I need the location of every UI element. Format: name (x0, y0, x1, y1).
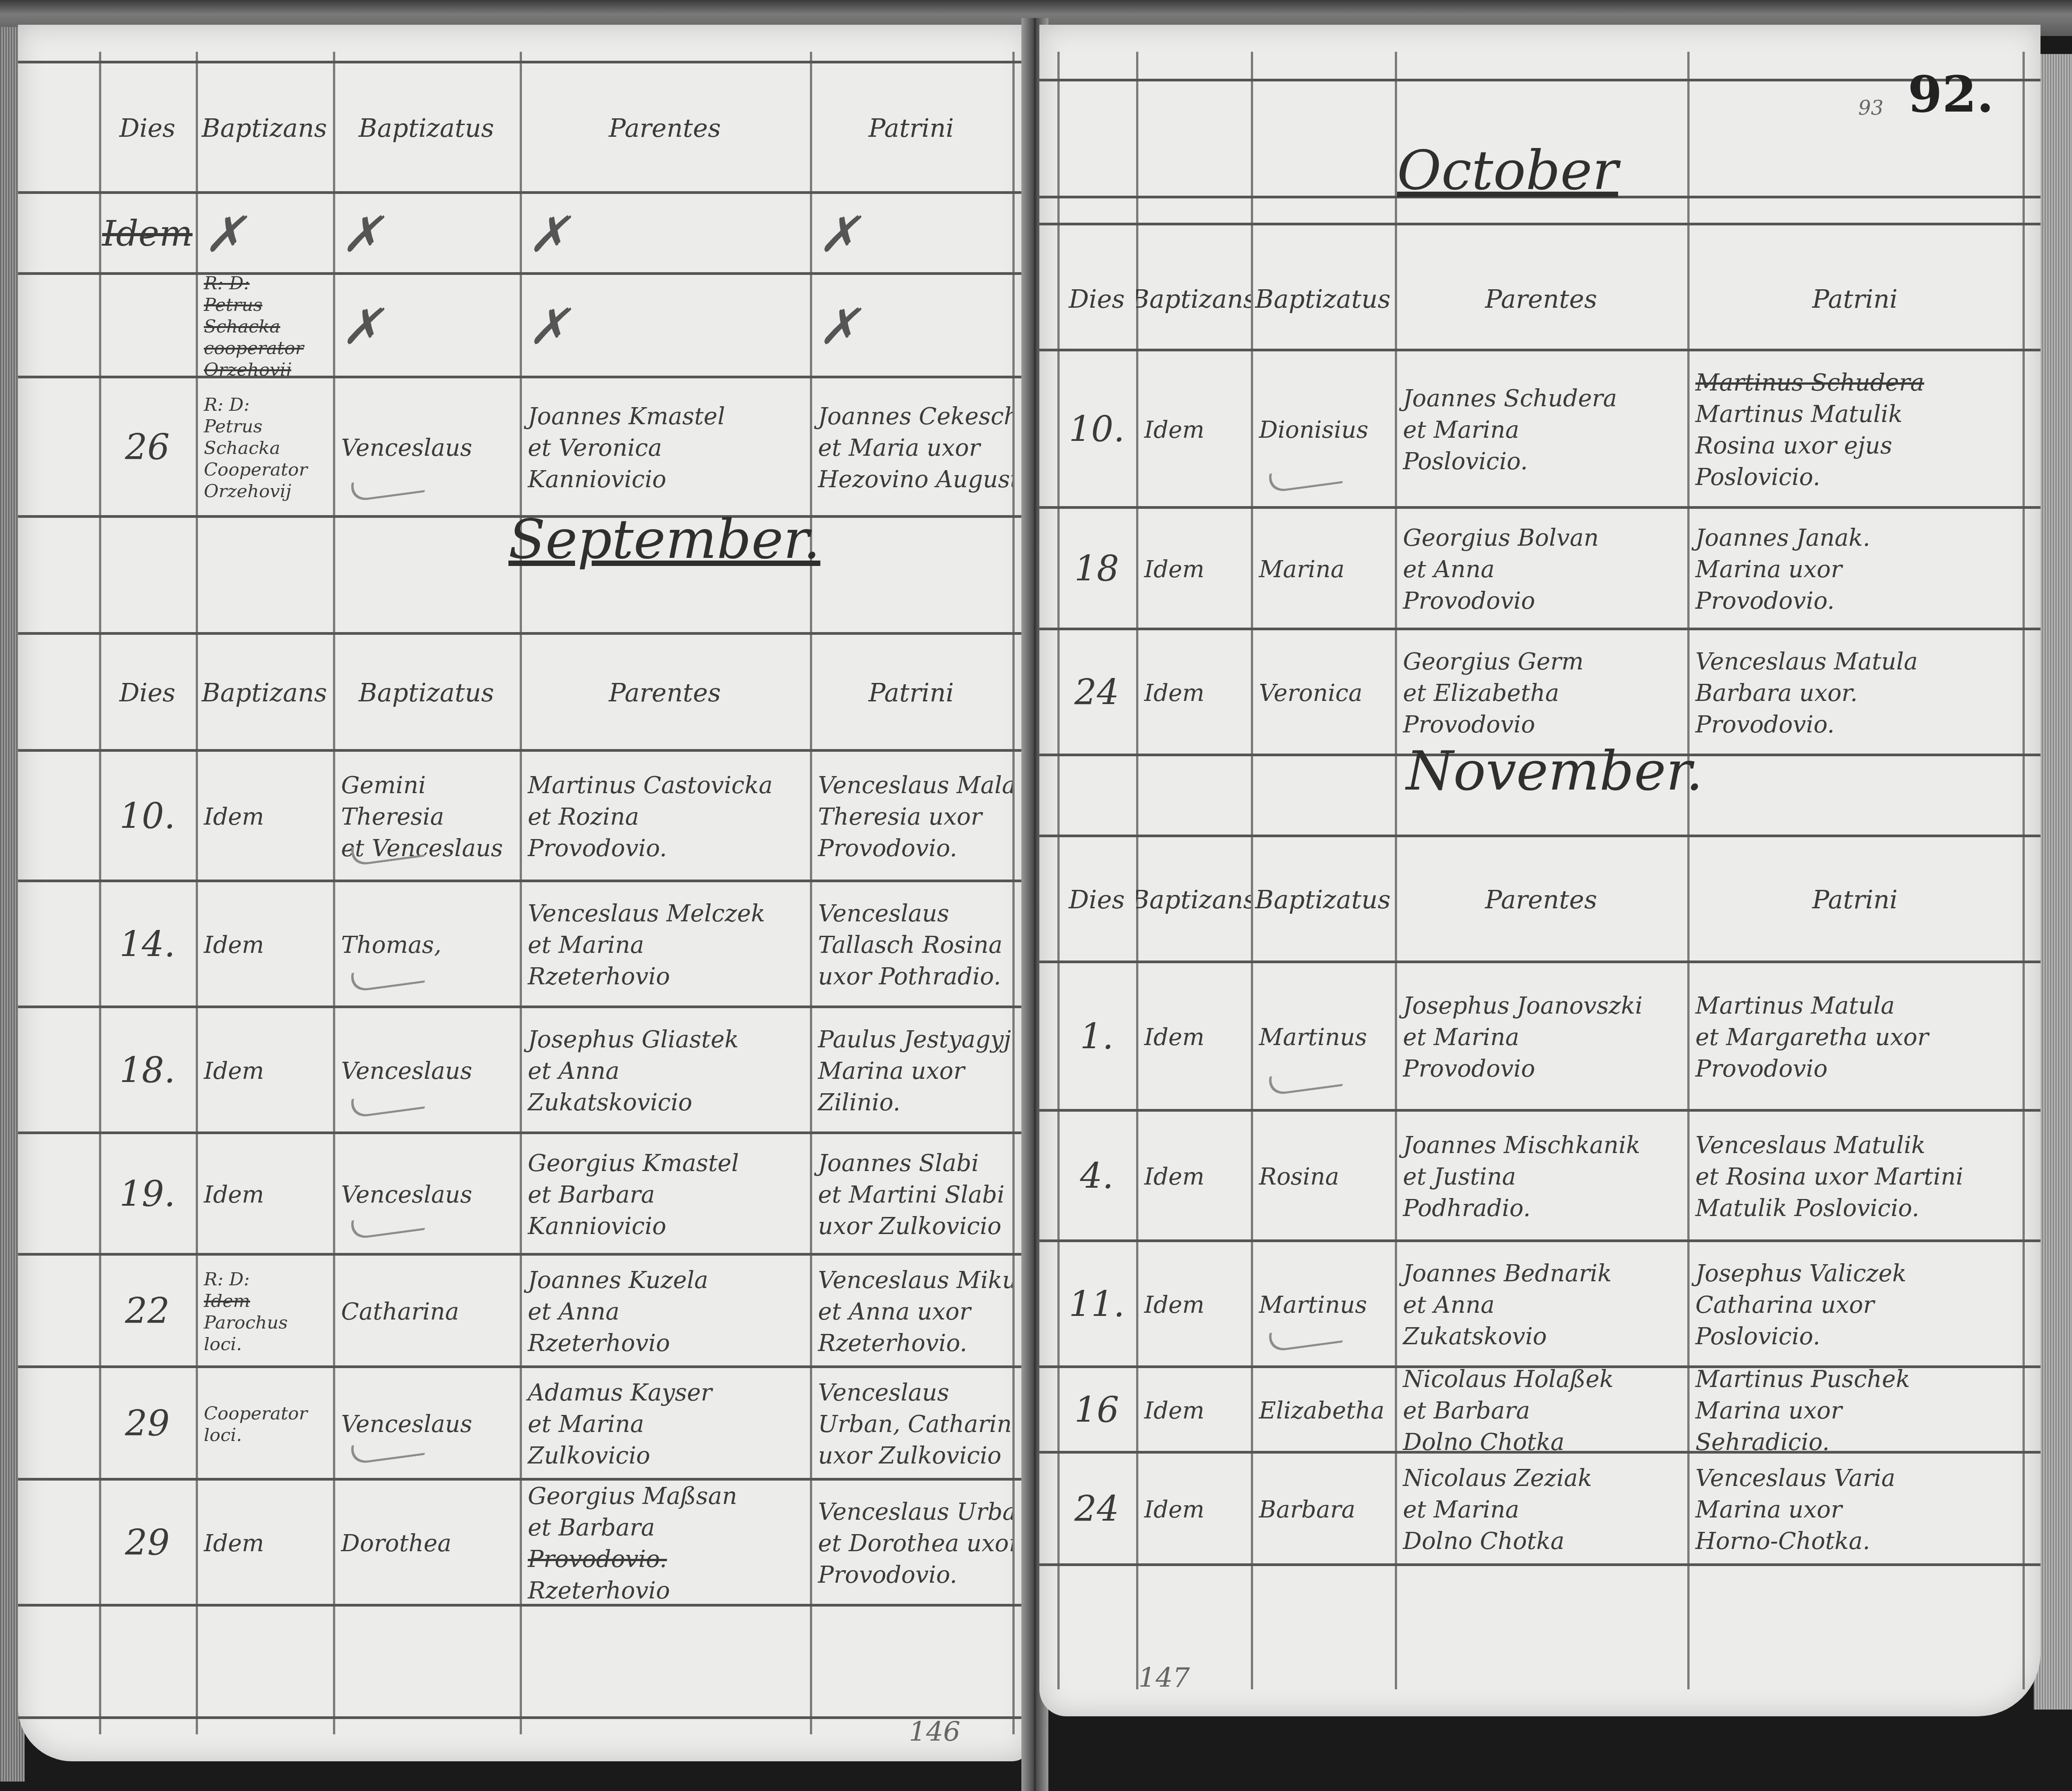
cell-baptizans: Idem (1136, 1368, 1251, 1454)
parentes-line: et Anna (528, 1296, 802, 1328)
cell-baptizatus: Dorothea (333, 1481, 520, 1607)
patrini-line: et Rosina uxor Martini (1695, 1161, 2014, 1193)
cell-baptizatus: Elizabetha (1251, 1368, 1395, 1454)
cell-patrini: Joannes Cekeschet Maria uxorHezovino Aug… (810, 378, 1012, 518)
parentes-line: Joannes Kuzela (528, 1265, 802, 1296)
parentes-line: Rzeterhovio (528, 1328, 802, 1359)
day-text: 24 (1074, 1486, 1119, 1533)
patrini-line: Zilinio. (818, 1087, 1004, 1118)
cell-parentes: Venceslaus Melczeket MarinaRzeterhovio (520, 882, 810, 1008)
cell-baptizatus: Marina (1251, 509, 1395, 630)
parentes-text: ✗ (528, 201, 802, 268)
entry-row: 29Cooperatorloci.VenceslausAdamus Kayser… (18, 1365, 1030, 1481)
baptizatus-text: Thomas, (341, 929, 512, 961)
parentes-line: et Marina (528, 1409, 802, 1440)
patrini-line: Martinus Matula (1695, 990, 2014, 1022)
patrini-line: Urban, Catharina (818, 1409, 1004, 1440)
patrini-line: et Dorothea uxor (818, 1528, 1004, 1559)
patrini-line: Martinus Schudera (1695, 367, 2014, 399)
patrini-line: Venceslaus Urbanus (818, 1496, 1004, 1528)
cell-patrini: Venceslaus Urbanuset Dorothea uxorProvod… (810, 1481, 1012, 1607)
parentes-line: et Marina (528, 929, 802, 961)
day-text: 18 (1074, 546, 1119, 593)
cell-patrini: Venceslaus MatulaBarbara uxor.Provodovio… (1687, 630, 2023, 756)
baptizans-text: Idem (204, 1055, 325, 1087)
cell-patrini: VenceslausTallasch Rosinauxor Pothradio. (810, 882, 1012, 1008)
baptizans-text: Idem (204, 929, 325, 961)
cell-day: 29 (99, 1481, 196, 1607)
baptizatus-text: Venceslaus (341, 1179, 512, 1211)
header-parentes: Parentes (520, 63, 810, 194)
parentes-line: et Anna (1403, 554, 1679, 585)
baptizans-text: Idem (1144, 1494, 1243, 1526)
baptizans-line: Schacka (204, 316, 325, 337)
baptizans-line: loci. (204, 1333, 325, 1355)
baptizatus-text: Veronica (1259, 678, 1387, 709)
entry-row: 11.IdemMartinusJoannes Bednariket AnnaZu… (1039, 1239, 2041, 1368)
parentes-line: et Anna (528, 1055, 802, 1087)
parentes-line: Nicolaus Holaßek (1403, 1368, 1679, 1395)
day-text: 1. (1080, 1014, 1113, 1061)
parentes-line: Venceslaus Melczek (528, 898, 802, 929)
entry-row: 22R: D:IdemParochusloci.CatharinaJoannes… (18, 1253, 1030, 1368)
patrini-line: Rosina uxor ejus (1695, 430, 2014, 462)
parentes-line: Georgius Kmastel (528, 1148, 802, 1179)
day-text: Idem (102, 211, 193, 258)
cell-parentes: ✗ (520, 275, 810, 378)
cell-day: 22 (99, 1256, 196, 1368)
baptizatus-text: ✗ (341, 201, 512, 268)
cell-parentes: Georgius Bolvanet AnnaProvodovio (1395, 509, 1687, 630)
day-text: 11. (1069, 1281, 1124, 1329)
header-row-november: DiesBaptizansBaptizatusParentesPatrini (1039, 835, 2041, 963)
cell-baptizans: Idem (1136, 509, 1251, 630)
cell-day: 18. (99, 1008, 196, 1134)
cell-parentes: Joannes Kmastelet VeronicaKanniovicio (520, 378, 810, 518)
bottom-page-number-left: 146 (909, 1716, 961, 1748)
cell-baptizans: Idem (1136, 1454, 1251, 1566)
parentes-line: Joannes Schudera (1403, 383, 1679, 414)
cell-patrini: Josephus ValiczekCatharina uxorPoslovici… (1687, 1242, 2023, 1368)
patrini-line: Marina uxor (818, 1055, 1004, 1087)
entry-row: 29IdemDorotheaGeorgius Maßsanet BarbaraP… (18, 1478, 1030, 1607)
parentes-line: Zukatskovicio (528, 1087, 802, 1118)
cell-day: 18 (1057, 509, 1136, 630)
parentes-line: Kanniovicio (528, 464, 802, 495)
cell-baptizans: R: D:PetrusSchackacooperatorOrzehovij (196, 275, 333, 378)
cell-day: 1. (1057, 963, 1136, 1112)
cell-day: 16 (1057, 1368, 1136, 1454)
header-patrini: Patrini (810, 635, 1012, 752)
patrini-line: Venceslaus Mikula (818, 1265, 1004, 1296)
parentes-line: Dolno Chotka (1403, 1427, 1679, 1454)
entry-row: 26R: D:PetrusSchackaCooperatorOrzehovijV… (18, 376, 1030, 518)
parentes-line: et Justina (1403, 1161, 1679, 1193)
parentes-line: Martinus Castovicka (528, 770, 802, 801)
cell-baptizans: R: D:IdemParochusloci. (196, 1256, 333, 1368)
cell-day: 10. (1057, 351, 1136, 509)
patrini-line: Venceslaus (818, 898, 1004, 929)
parentes-line: Joannes Mischkanik (1403, 1130, 1679, 1161)
patrini-line: uxor Pothradio. (818, 961, 1004, 992)
patrini-line: Catharina uxor (1695, 1289, 2014, 1321)
cell-patrini: Joannes Slabiet Martini Slabiuxor Zulkov… (810, 1134, 1012, 1256)
baptizans-text: Idem (1144, 414, 1243, 446)
cell-patrini: Venceslaus MalamikTheresia uxorProvodovi… (810, 752, 1012, 882)
parentes-line: Josephus Gliastek (528, 1024, 802, 1055)
folio-number: 92. (1908, 65, 1994, 123)
month-heading-october: October (1397, 139, 1618, 202)
patrini-line: Tallasch Rosina (818, 929, 1004, 961)
cell-baptizans: Cooperatorloci. (196, 1368, 333, 1481)
patrini-line: Sehradicio. (1695, 1427, 2014, 1454)
cell-day: 10. (99, 752, 196, 882)
baptizatus-text: ✗ (341, 293, 512, 360)
parentes-line: Josephus Joanovszki (1403, 990, 1679, 1022)
parentes-line: et Rozina (528, 801, 802, 833)
baptizans-text: ✗ (204, 201, 325, 268)
cell-baptizatus: Barbara (1251, 1454, 1395, 1566)
day-text: 19. (119, 1171, 175, 1218)
cell-parentes: ✗ (520, 194, 810, 275)
parentes-line: Rzeterhovio (528, 961, 802, 992)
day-text: 22 (125, 1288, 170, 1335)
baptizans-line: loci. (204, 1424, 325, 1446)
cell-parentes: Josephus Joanovszkiet MarinaProvodovio (1395, 963, 1687, 1112)
cell-baptizans: Idem (196, 752, 333, 882)
month-heading-november: November. (1406, 740, 1703, 803)
day-text: 29 (125, 1520, 170, 1567)
patrini-line: Venceslaus (818, 1377, 1004, 1409)
patrini-line: Provodovio. (1695, 709, 2014, 741)
parentes-line: Zulkovicio (528, 1440, 802, 1472)
patrini-line: et Margaretha uxor (1695, 1022, 2014, 1053)
baptizans-text: Idem (1144, 1289, 1243, 1321)
baptizatus-line: Gemini (341, 770, 512, 801)
baptizans-text: Idem (1144, 1022, 1243, 1053)
cell-parentes: Joannes Schuderaet MarinaPoslovicio. (1395, 351, 1687, 509)
cell-patrini: Venceslaus Matuliket Rosina uxor Martini… (1687, 1112, 2023, 1242)
parentes-line: Provodovio (1403, 585, 1679, 617)
parentes-line: Georgius Germ (1403, 646, 1679, 678)
cell-baptizans: Idem (1136, 963, 1251, 1112)
baptizans-line: R: D: (204, 394, 325, 416)
parentes-line: et Marina (1403, 1494, 1679, 1526)
header-day: Dies (99, 63, 196, 194)
parentes-line: Zukatskovio (1403, 1321, 1679, 1352)
patrini-line: Provodovio (1695, 1053, 2014, 1085)
cell-baptizans: Idem (196, 1008, 333, 1134)
patrini-line: Venceslaus Matula (1695, 646, 2014, 678)
baptizans-line: Parochus (204, 1312, 325, 1333)
cell-baptizatus: Venceslaus (333, 1368, 520, 1481)
patrini-line: Horno-Chotka. (1695, 1526, 2014, 1557)
parentes-line: Adamus Kayser (528, 1377, 802, 1409)
baptizatus-text: Elizabetha (1259, 1395, 1387, 1427)
cell-patrini: VenceslausUrban, Catharinauxor Zulkovici… (810, 1368, 1012, 1481)
cell-day: 11. (1057, 1242, 1136, 1368)
cell-baptizans: Idem (196, 882, 333, 1008)
baptizatus-text: Martinus (1259, 1289, 1387, 1321)
baptizans-line: Cooperator (204, 459, 325, 480)
baptizans-line: Petrus (204, 416, 325, 437)
cell-patrini: Martinus PuschekMarina uxorSehradicio. (1687, 1368, 2023, 1454)
parentes-line: et Elizabetha (1403, 678, 1679, 709)
baptizatus-text: Catharina (341, 1296, 512, 1328)
patrini-line: Martinus Matulik (1695, 399, 2014, 430)
baptizans-text: Idem (1144, 678, 1243, 709)
baptizans-text: Idem (1144, 554, 1243, 585)
right-page: DiesBaptizansBaptizatusParentesPatrini10… (1039, 25, 2041, 1716)
cell-parentes: Martinus Castovickaet RozinaProvodovio. (520, 752, 810, 882)
patrini-line: Provodovio. (818, 833, 1004, 864)
blank-row (18, 1604, 1030, 1719)
cell-patrini: Paulus JestyagyjMarina uxorZilinio. (810, 1008, 1012, 1134)
header-patrini: Patrini (810, 63, 1012, 194)
baptizans-line: R: D: (204, 1269, 325, 1290)
entry-row: 19.IdemVenceslausGeorgius Kmastelet Barb… (18, 1131, 1030, 1256)
cell-baptizans: Idem (1136, 351, 1251, 509)
header-day: Dies (99, 635, 196, 752)
cell-parentes: Joannes Kuzelaet AnnaRzeterhovio (520, 1256, 810, 1368)
header-row: DiesBaptizansBaptizatusParentesPatrini (18, 61, 1030, 194)
day-text: 24 (1074, 669, 1119, 717)
left-page-grid: DiesBaptizansBaptizatusParentesPatriniId… (18, 25, 1030, 1761)
cell-day: 24 (1057, 630, 1136, 756)
baptizans-line: Orzehovij (204, 480, 325, 502)
header-parentes: Parentes (520, 635, 810, 752)
patrini-line: Poslovicio. (1695, 462, 2014, 493)
cell-baptizatus: Catharina (333, 1256, 520, 1368)
baptizatus-text: Barbara (1259, 1494, 1387, 1526)
cell-patrini: ✗ (810, 275, 1012, 378)
entry-row: 1.IdemMartinusJosephus Joanovszkiet Mari… (1039, 961, 2041, 1112)
parentes-line: Provodovio (1403, 709, 1679, 741)
parentes-line: Dolno Chotka (1403, 1526, 1679, 1557)
patrini-line: Marina uxor (1695, 1395, 2014, 1427)
cell-patrini: Martinus Matulaet Margaretha uxorProvodo… (1687, 963, 2023, 1112)
baptizatus-text: Venceslaus (341, 432, 512, 464)
cell-day: 4. (1057, 1112, 1136, 1242)
header-day: Dies (1057, 837, 1136, 963)
patrini-text: ✗ (818, 201, 1004, 268)
header-baptizans: Baptizans (1136, 837, 1251, 963)
baptizans-line: Idem (204, 1290, 325, 1312)
parentes-line: Provodovio. (528, 1544, 802, 1575)
patrini-line: Venceslaus Malamik (818, 770, 1004, 801)
entry-row: 18.IdemVenceslausJosephus Gliasteket Ann… (18, 1005, 1030, 1134)
day-text: 10. (119, 793, 175, 840)
cell-day: Idem (99, 194, 196, 275)
cell-baptizans: Idem (1136, 1242, 1251, 1368)
patrini-line: Provodovio. (818, 1559, 1004, 1591)
entry-row: 14.IdemThomas,Venceslaus Melczeket Marin… (18, 880, 1030, 1008)
cell-parentes: Josephus Gliasteket AnnaZukatskovicio (520, 1008, 810, 1134)
cell-patrini: Venceslaus Mikulaet Anna uxorRzeterhovio… (810, 1256, 1012, 1368)
patrini-line: Barbara uxor. (1695, 678, 2014, 709)
baptizans-text: Idem (204, 1528, 325, 1559)
parentes-line: et Marina (1403, 1022, 1679, 1053)
day-text: 26 (125, 424, 170, 471)
parentes-line: Rzeterhovio (528, 1575, 802, 1607)
blank-row (18, 1716, 1030, 1746)
baptizans-text: Idem (1144, 1161, 1243, 1193)
patrini-line: Provodovio. (1695, 585, 2014, 617)
month-heading-september: September. (508, 508, 820, 571)
baptizatus-line: Theresia (341, 801, 512, 833)
cell-parentes: Joannes Mischkaniket JustinaPodhradio. (1395, 1112, 1687, 1242)
cell-baptizans: Idem (1136, 1112, 1251, 1242)
entry-row: 4.IdemRosinaJoannes Mischkaniket Justina… (1039, 1109, 2041, 1242)
parentes-line: et Barbara (1403, 1395, 1679, 1427)
parentes-line: et Barbara (528, 1179, 802, 1211)
patrini-line: et Maria uxor (818, 432, 1004, 464)
cell-baptizatus: Rosina (1251, 1112, 1395, 1242)
cell-baptizans: Idem (196, 1481, 333, 1607)
header-baptizans: Baptizans (196, 63, 333, 194)
parentes-line: Joannes Kmastel (528, 401, 802, 432)
cell-parentes: Georgius Maßsanet BarbaraProvodovio.Rzet… (520, 1481, 810, 1607)
parentes-line: et Veronica (528, 432, 802, 464)
parentes-line: et Barbara (528, 1512, 802, 1544)
entry-row: 10.IdemGeminiTheresiaet VenceslausMartin… (18, 749, 1030, 882)
baptizans-line: Schacka (204, 437, 325, 459)
patrini-line: et Anna uxor (818, 1296, 1004, 1328)
patrini-line: Theresia uxor (818, 801, 1004, 833)
cell-baptizatus: Veronica (1251, 630, 1395, 756)
entry-row: 24IdemBarbaraNicolaus Zeziaket MarinaDol… (1039, 1451, 2041, 1566)
left-page: DiesBaptizansBaptizatusParentesPatriniId… (18, 25, 1030, 1761)
baptizans-line: R: D: (204, 275, 325, 294)
patrini-line: Rzeterhovio. (818, 1328, 1004, 1359)
cell-patrini: Martinus SchuderaMartinus MatulikRosina … (1687, 351, 2023, 509)
patrini-line: uxor Zulkovicio (818, 1211, 1004, 1242)
patrini-line: Martinus Puschek (1695, 1368, 2014, 1395)
cell-day: 29 (99, 1368, 196, 1481)
cell-baptizatus: Martinus (1251, 1242, 1395, 1368)
day-text: 18. (119, 1047, 175, 1095)
header-baptizatus: Baptizatus (1251, 837, 1395, 963)
patrini-line: Venceslaus Matulik (1695, 1130, 2014, 1161)
header-parentes: Parentes (1395, 837, 1687, 963)
day-text: 10. (1069, 406, 1124, 453)
baptizatus-text: Dorothea (341, 1528, 512, 1559)
baptizatus-text: Venceslaus (341, 1055, 512, 1087)
patrini-line: Joannes Cekesch (818, 401, 1004, 432)
day-text: 16 (1074, 1387, 1119, 1434)
parentes-line: et Marina (1403, 414, 1679, 446)
parentes-text: ✗ (528, 293, 802, 360)
baptizatus-text: Marina (1259, 554, 1387, 585)
baptizans-text: Idem (204, 1179, 325, 1211)
cell-day: 24 (1057, 1454, 1136, 1566)
patrini-line: Josephus Valiczek (1695, 1258, 2014, 1289)
baptizans-text: Idem (204, 801, 325, 833)
cell-baptizans: R: D:PetrusSchackaCooperatorOrzehovij (196, 378, 333, 518)
patrini-line: Paulus Jestyagyj (818, 1024, 1004, 1055)
cell-parentes: Joannes Bednariket AnnaZukatskovio (1395, 1242, 1687, 1368)
patrini-line: Joannes Janak. (1695, 522, 2014, 554)
cell-parentes: Georgius Kmastelet BarbaraKanniovicio (520, 1134, 810, 1256)
day-text: 4. (1080, 1153, 1113, 1200)
baptizatus-text: Martinus (1259, 1022, 1387, 1053)
cell-patrini: Venceslaus VariaMarina uxorHorno-Chotka. (1687, 1454, 2023, 1566)
patrini-line: et Martini Slabi (818, 1179, 1004, 1211)
cell-day: 26 (99, 378, 196, 518)
baptizatus-text: Dionisius (1259, 414, 1387, 446)
header-baptizatus: Baptizatus (333, 635, 520, 752)
baptizans-line: cooperator (204, 337, 325, 359)
bottom-page-number-right: 147 (1138, 1662, 1190, 1694)
parentes-line: Georgius Maßsan (528, 1481, 802, 1512)
patrini-line: Venceslaus Varia (1695, 1463, 2014, 1494)
baptizans-line: Petrus (204, 294, 325, 316)
parentes-line: Podhradio. (1403, 1193, 1679, 1224)
cell-baptizatus: ✗ (333, 194, 520, 275)
cell-baptizans: Idem (1136, 630, 1251, 756)
patrini-line: Poslovicio. (1695, 1321, 2014, 1352)
cell-parentes: Adamus Kayseret MarinaZulkovicio (520, 1368, 810, 1481)
day-text: 14. (119, 921, 175, 969)
header-baptizatus: Baptizatus (333, 63, 520, 194)
baptizans-line: Cooperator (204, 1403, 325, 1424)
parentes-line: Joannes Bednarik (1403, 1258, 1679, 1289)
entry-row: 10.IdemDionisiusJoannes Schuderaet Marin… (1039, 349, 2041, 509)
header-patrini: Patrini (1687, 837, 2023, 963)
cell-parentes: Nicolaus Holaßeket BarbaraDolno Chotka (1395, 1368, 1687, 1454)
entry-row: 18IdemMarinaGeorgius Bolvanet AnnaProvod… (1039, 506, 2041, 630)
patrini-line: uxor Zulkovicio (818, 1440, 1004, 1472)
cell-baptizans: Idem (196, 1134, 333, 1256)
parentes-line: Nicolaus Zeziak (1403, 1463, 1679, 1494)
entry-row: 24IdemVeronicaGeorgius Germet Elizabetha… (1039, 628, 2041, 756)
cell-day (99, 275, 196, 378)
patrini-line: Joannes Slabi (818, 1148, 1004, 1179)
patrini-line: Marina uxor (1695, 1494, 2014, 1526)
parentes-line: Georgius Bolvan (1403, 522, 1679, 554)
parentes-line: Poslovicio. (1403, 446, 1679, 477)
cell-parentes: Nicolaus Zeziaket MarinaDolno Chotka (1395, 1454, 1687, 1566)
cell-baptizans: ✗ (196, 194, 333, 275)
right-page-grid: DiesBaptizansBaptizatusParentesPatrini10… (1039, 25, 2041, 1716)
day-text: 29 (125, 1400, 170, 1448)
cell-day: 14. (99, 882, 196, 1008)
header-row-september: DiesBaptizansBaptizatusParentesPatrini (18, 632, 1030, 752)
parentes-line: Provodovio. (528, 833, 802, 864)
cell-baptizatus: ✗ (333, 275, 520, 378)
patrini-line: Marina uxor (1695, 554, 2014, 585)
entry-row-cancelled: Idem✗✗✗✗ (18, 191, 1030, 275)
patrini-text: ✗ (818, 293, 1004, 360)
entry-row: 16IdemElizabethaNicolaus Holaßeket Barba… (1039, 1365, 2041, 1454)
cell-day: 19. (99, 1134, 196, 1256)
parentes-line: et Anna (1403, 1289, 1679, 1321)
parentes-line: Provodovio (1403, 1053, 1679, 1085)
baptizatus-text: Rosina (1259, 1161, 1387, 1193)
patrini-line: Matulik Poslovicio. (1695, 1193, 2014, 1224)
cell-parentes: Georgius Germet ElizabethaProvodovio (1395, 630, 1687, 756)
folio-number-alt: 93 (1858, 97, 1883, 120)
cell-patrini: Joannes Janak.Marina uxorProvodovio. (1687, 509, 2023, 630)
cell-patrini: ✗ (810, 194, 1012, 275)
patrini-line: Hezovino Augusta (818, 464, 1004, 495)
baptizans-text: Idem (1144, 1395, 1243, 1427)
entry-row-cancelled: R: D:PetrusSchackacooperatorOrzehovij✗✗✗ (18, 272, 1030, 378)
header-baptizans: Baptizans (196, 635, 333, 752)
parentes-line: Kanniovicio (528, 1211, 802, 1242)
